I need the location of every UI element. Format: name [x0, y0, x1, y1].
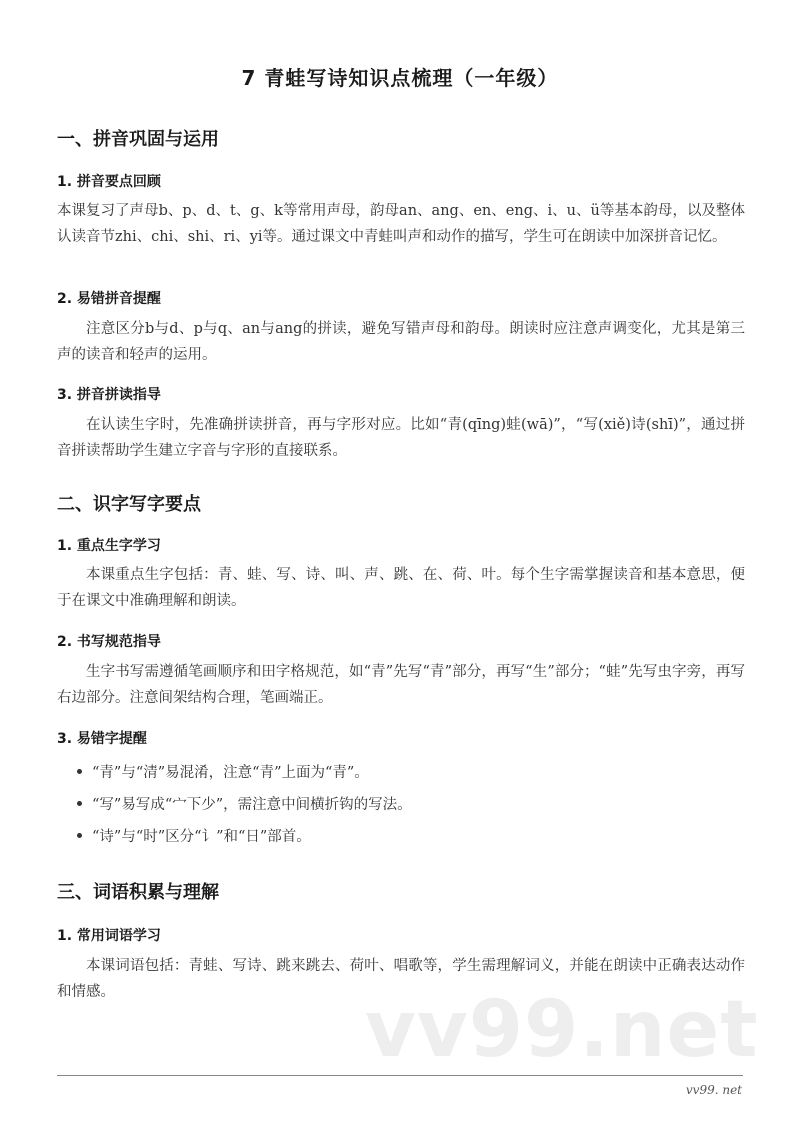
subsection-heading-pinyin-guide: 3. 拼音拼读指导 [57, 384, 161, 404]
watermark: vv99.net [365, 985, 759, 1075]
list-item: “诗”与“时”区分“讠”和“日”部首。 [77, 825, 311, 846]
bullet-icon [77, 769, 82, 774]
document-title: 7 青蛙写诗知识点梳理（一年级） [0, 62, 800, 91]
subsection-heading-pinyin-review: 1. 拼音要点回顾 [57, 171, 161, 191]
subsection-heading-character-mistakes: 3. 易错字提醒 [57, 728, 147, 748]
paragraph-writing-rules: 生字书写需遵循笔画顺序和田字格规范，如“青”先写“青”部分，再写“生”部分；“蛙… [57, 659, 745, 711]
section-heading-characters: 二、识字写字要点 [57, 490, 201, 516]
subsection-heading-common-words: 1. 常用词语学习 [57, 925, 161, 945]
document-page: 7 青蛙写诗知识点梳理（一年级） 一、拼音巩固与运用 1. 拼音要点回顾 本课复… [0, 0, 800, 1130]
paragraph-key-characters: 本课重点生字包括：青、蛙、写、诗、叫、声、跳、在、荷、叶。每个生字需掌握读音和基… [57, 562, 745, 614]
bullet-icon [77, 801, 82, 806]
footer-site-label: vv99. net [686, 1083, 742, 1097]
section-heading-pinyin: 一、拼音巩固与运用 [57, 125, 219, 151]
paragraph-pinyin-mistakes: 注意区分b与d、p与q、an与ang的拼读，避免写错声母和韵母。朗读时应注意声调… [57, 316, 745, 368]
bullet-icon [77, 833, 82, 838]
paragraph-pinyin-guide: 在认读生字时，先准确拼读拼音，再与字形对应。比如“青(qīng)蛙(wā)”，“… [57, 412, 745, 464]
subsection-heading-writing-rules: 2. 书写规范指导 [57, 631, 161, 651]
list-item: “写”易写成“宀下少”，需注意中间横折钩的写法。 [77, 793, 412, 814]
footer-divider [57, 1075, 743, 1076]
subsection-heading-pinyin-mistakes: 2. 易错拼音提醒 [57, 288, 161, 308]
subsection-heading-key-characters: 1. 重点生字学习 [57, 535, 161, 555]
paragraph-pinyin-review: 本课复习了声母b、p、d、t、g、k等常用声母，韵母an、ang、en、eng、… [57, 198, 745, 250]
section-heading-vocabulary: 三、词语积累与理解 [57, 878, 219, 904]
list-item: “青”与“清”易混淆，注意“青”上面为“青”。 [77, 761, 369, 782]
